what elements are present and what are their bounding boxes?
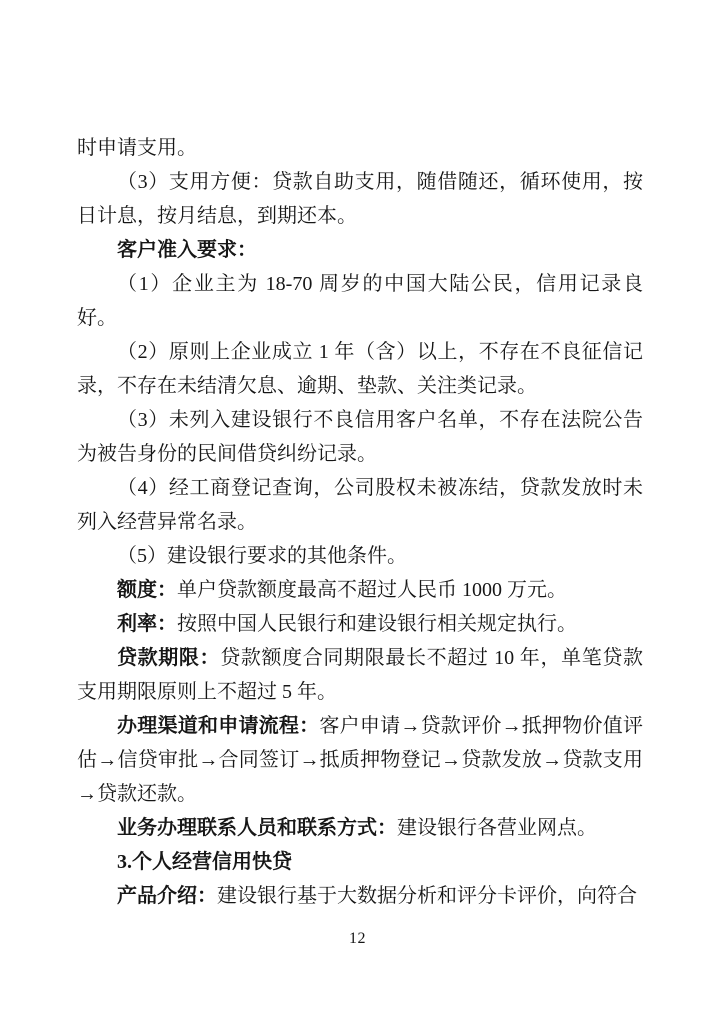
body-text: 建设银行基于大数据分析和评分卡评价，向符合 (217, 885, 637, 907)
paragraph: （2）原则上企业成立 1 年（含）以上，不存在不良征信记录，不存在未结清欠息、逾… (77, 335, 643, 403)
bold-label: 客户准入要求： (117, 239, 257, 261)
body-text: （5）建设银行要求的其他条件。 (117, 545, 407, 567)
page-number: 12 (349, 930, 366, 947)
body-text: （3）未列入建设银行不良信用客户名单，不存在法院公告为被告身份的民间借贷纠纷记录… (77, 409, 643, 465)
document-body: 时申请支用。（3）支用方便：贷款自助支用，随借随还，循环使用，按日计息，按月结息… (77, 131, 643, 913)
paragraph: 时申请支用。 (77, 131, 643, 165)
paragraph: 利率：按照中国人民银行和建设银行相关规定执行。 (77, 607, 643, 641)
bold-label: 利率： (117, 613, 177, 635)
body-text: 单户贷款额度最高不超过人民币 1000 万元。 (177, 579, 567, 601)
bold-label: 业务办理联系人员和联系方式： (117, 817, 397, 839)
bold-label: 3.个人经营信用快贷 (117, 851, 292, 873)
body-text: （4）经工商登记查询，公司股权未被冻结，贷款发放时未列入经营异常名录。 (77, 477, 643, 533)
paragraph: （4）经工商登记查询，公司股权未被冻结，贷款发放时未列入经营异常名录。 (77, 471, 643, 539)
paragraph: 额度：单户贷款额度最高不超过人民币 1000 万元。 (77, 573, 643, 607)
paragraph: 3.个人经营信用快贷 (77, 845, 643, 879)
body-text: （2）原则上企业成立 1 年（含）以上，不存在不良征信记录，不存在未结清欠息、逾… (77, 341, 643, 397)
document-page: 时申请支用。（3）支用方便：贷款自助支用，随借随还，循环使用，按日计息，按月结息… (0, 0, 715, 1011)
body-text: （1）企业主为 18-70 周岁的中国大陆公民，信用记录良好。 (77, 273, 643, 329)
paragraph: （1）企业主为 18-70 周岁的中国大陆公民，信用记录良好。 (77, 267, 643, 335)
paragraph: （3）支用方便：贷款自助支用，随借随还，循环使用，按日计息，按月结息，到期还本。 (77, 165, 643, 233)
paragraph: 产品介绍：建设银行基于大数据分析和评分卡评价，向符合 (77, 879, 643, 913)
page-footer: 12 (0, 930, 715, 948)
bold-label: 额度： (117, 579, 177, 601)
body-text: （3）支用方便：贷款自助支用，随借随还，循环使用，按日计息，按月结息，到期还本。 (77, 171, 643, 227)
paragraph: 业务办理联系人员和联系方式：建设银行各营业网点。 (77, 811, 643, 845)
paragraph: 客户准入要求： (77, 233, 643, 267)
body-text: 按照中国人民银行和建设银行相关规定执行。 (177, 613, 577, 635)
paragraph: （5）建设银行要求的其他条件。 (77, 539, 643, 573)
bold-label: 产品介绍： (117, 885, 217, 907)
bold-label: 办理渠道和申请流程： (117, 715, 319, 737)
body-text: 建设银行各营业网点。 (397, 817, 597, 839)
paragraph: （3）未列入建设银行不良信用客户名单，不存在法院公告为被告身份的民间借贷纠纷记录… (77, 403, 643, 471)
paragraph: 办理渠道和申请流程：客户申请→贷款评价→抵押物价值评估→信贷审批→合同签订→抵质… (77, 709, 643, 811)
bold-label: 贷款期限： (117, 647, 220, 669)
body-text: 时申请支用。 (77, 137, 197, 159)
paragraph: 贷款期限：贷款额度合同期限最长不超过 10 年，单笔贷款支用期限原则上不超过 5… (77, 641, 643, 709)
